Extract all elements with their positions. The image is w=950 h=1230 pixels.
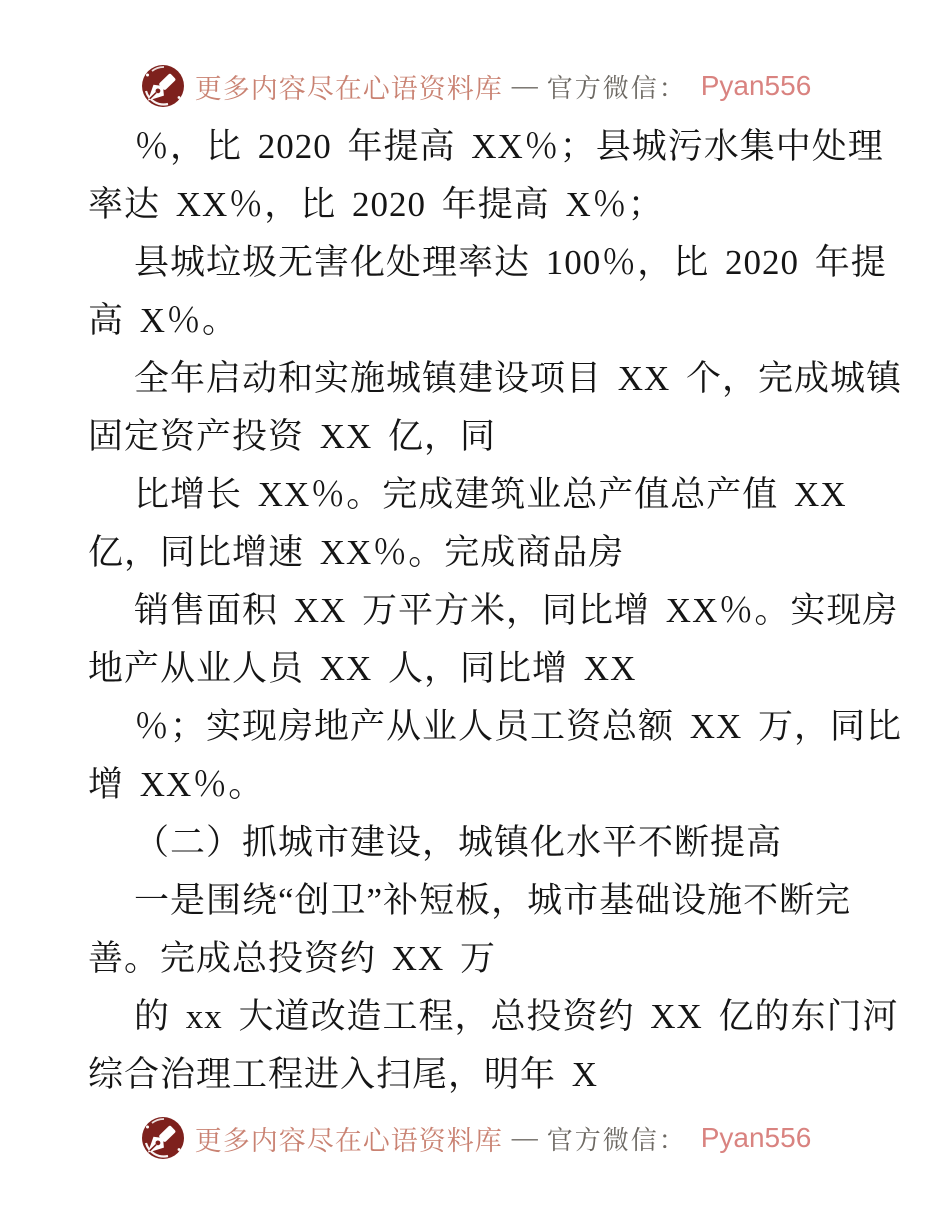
text-line: ％；实现房地产从业人员工资总额 XX 万，同比 [88, 698, 864, 756]
footer-watermark: 更多内容尽在心语资料库 — 官方微信： Pyan556 [0, 1114, 950, 1162]
header-watermark: 更多内容尽在心语资料库 — 官方微信： Pyan556 [0, 62, 950, 110]
text-line: 高 X％。 [88, 292, 864, 350]
text-line: 善。完成总投资约 XX 万 [88, 930, 864, 988]
document-page: 更多内容尽在心语资料库 — 官方微信： Pyan556 ％，比 2020 年提高… [0, 0, 950, 1230]
text-line: 率达 XX％，比 2020 年提高 X％； [88, 176, 864, 234]
text-line: 比增长 XX％。完成建筑业总产值总产值 XX [88, 466, 864, 524]
text-line: ％，比 2020 年提高 XX％；县城污水集中处理 [88, 118, 864, 176]
text-line: 增 XX％。 [88, 756, 864, 814]
text-line: 的 xx 大道改造工程，总投资约 XX 亿的东门河 [88, 988, 864, 1046]
text-line: 地产从业人员 XX 人，同比增 XX [88, 640, 864, 698]
watermark-brand-text: 更多内容尽在心语资料库 [195, 1119, 503, 1158]
text-line: 固定资产投资 XX 亿，同 [88, 408, 864, 466]
text-line: （二）抓城市建设，城镇化水平不断提高 [88, 814, 864, 872]
wechat-label: 官方微信： [547, 68, 687, 105]
text-line: 全年启动和实施城镇建设项目 XX 个，完成城镇 [88, 350, 864, 408]
text-line: 县城垃圾无害化处理率达 100％，比 2020 年提 [88, 234, 864, 292]
text-line: 销售面积 XX 万平方米，同比增 XX％。实现房 [88, 582, 864, 640]
document-body: ％，比 2020 年提高 XX％；县城污水集中处理率达 XX％，比 2020 年… [88, 118, 864, 1104]
watermark-dash: — [512, 71, 538, 101]
text-line: 亿，同比增速 XX％。完成商品房 [88, 524, 864, 582]
text-line: 综合治理工程进入扫尾，明年 X [88, 1046, 864, 1104]
watermark-brand-text: 更多内容尽在心语资料库 [195, 67, 503, 106]
wechat-label: 官方微信： [547, 1120, 687, 1157]
pen-logo-icon [139, 1114, 187, 1162]
pen-logo-icon [139, 62, 187, 110]
wechat-id: Pyan556 [701, 1122, 812, 1154]
watermark-dash: — [512, 1123, 538, 1153]
wechat-id: Pyan556 [701, 70, 812, 102]
text-line: 一是围绕“创卫”补短板，城市基础设施不断完 [88, 872, 864, 930]
